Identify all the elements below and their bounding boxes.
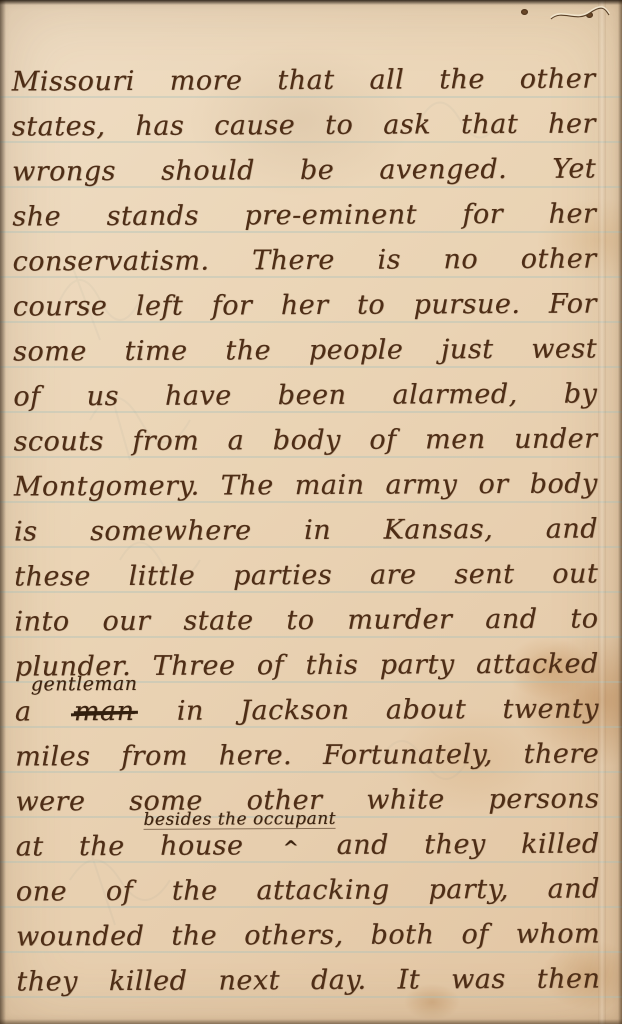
- handwriting-line: Montgomery. The main army or body: [14, 461, 598, 509]
- handwriting-line: conservatism. There is no other: [12, 237, 596, 285]
- handwriting-line: of us have been alarmed, by: [13, 371, 597, 419]
- interlined-correction: gentleman: [31, 675, 138, 695]
- paper-edge-top: [0, 0, 622, 5]
- struck-word: man: [74, 696, 135, 727]
- paper-edge-left: [0, 0, 6, 1024]
- word: at the house: [16, 830, 244, 862]
- handwriting-line: course left for her to pursue. For: [13, 282, 597, 330]
- handwriting-line: wounded the others, both of whom: [16, 911, 600, 959]
- handwriting-line: wrongs should be avenged. Yet: [12, 147, 596, 195]
- handwriting-line: one of the attacking party, and: [16, 866, 600, 914]
- handwriting-line: they killed next day. It was then: [16, 956, 600, 1004]
- word: a: [15, 696, 32, 727]
- pin-hole: [521, 9, 528, 15]
- handwriting-line-with-correction: gentleman a man in Jackson about twenty: [15, 686, 599, 734]
- paper-edge-right: [618, 0, 622, 1024]
- handwriting-line: scouts from a body of men under: [13, 416, 597, 464]
- word: and they killed: [337, 828, 600, 860]
- handwriting-line: is somewhere in Kansas, and: [14, 506, 598, 554]
- insertion-caret: ^: [283, 837, 300, 859]
- letter-page: Missouri more that all the other states,…: [0, 0, 622, 1024]
- handwriting-line: states, has cause to ask that her: [12, 102, 596, 150]
- handwriting-line: miles from here. Fortunately, there: [15, 731, 599, 779]
- handwriting-line-with-insertion: besides the occupant at the house ^ and …: [16, 821, 600, 869]
- interlined-insertion: besides the occupant: [143, 811, 336, 830]
- pen-scratch-mark: [548, 4, 612, 26]
- handwriting-line: these little parties are sent out: [14, 551, 598, 599]
- letter-body: Missouri more that all the other states,…: [0, 56, 622, 1004]
- paper-edge-bottom: [0, 1019, 622, 1024]
- handwriting-line: into our state to murder and to: [14, 596, 598, 644]
- word: in Jackson about twenty: [177, 693, 599, 726]
- handwriting-line: she stands pre-eminent for her: [12, 192, 596, 240]
- handwriting-line: Missouri more that all the other: [12, 57, 596, 105]
- handwriting-line: some time the people just west: [13, 327, 597, 375]
